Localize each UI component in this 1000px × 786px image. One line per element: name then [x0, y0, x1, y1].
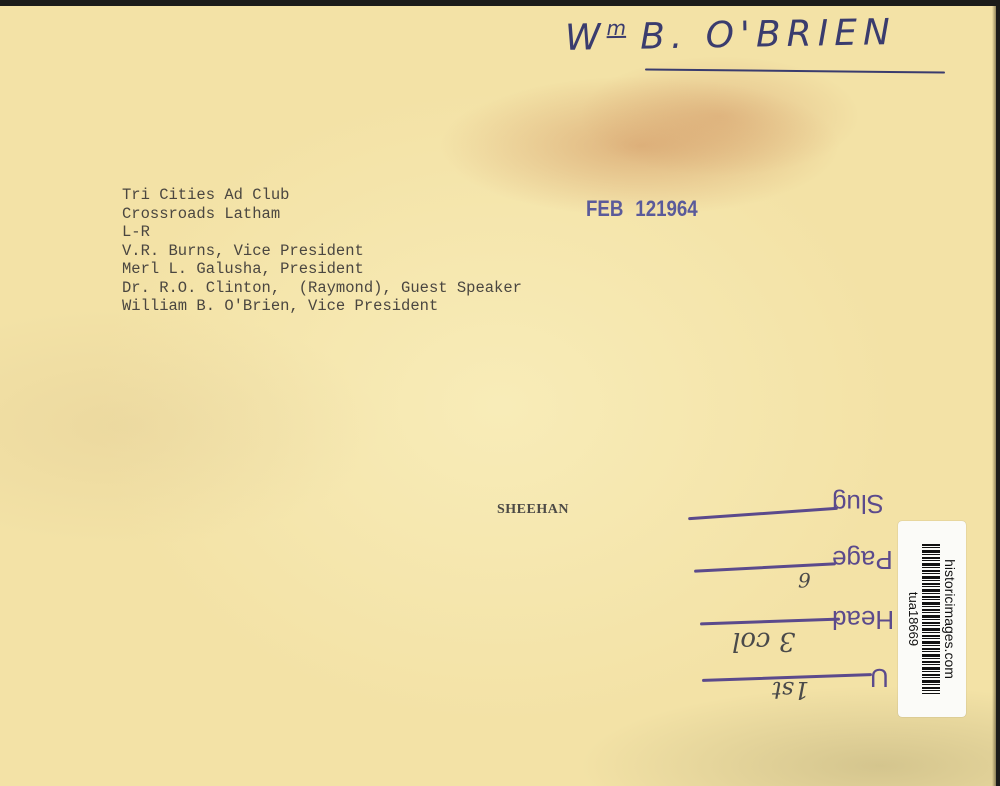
- handwritten-name: WmB. O'BRIEN: [565, 11, 897, 59]
- handwritten-surname: B. O'BRIEN: [640, 12, 897, 57]
- caption-line: Merl L. Galusha, President: [122, 260, 522, 279]
- stamp-line-slug: [688, 507, 838, 520]
- routing-stamp: Slug Page 6 Head 3 col U 1st: [680, 486, 910, 706]
- stamp-line-page: [694, 562, 836, 572]
- date-month: FEB: [586, 196, 623, 221]
- stamp-line-head: [700, 618, 840, 626]
- label-id: tua18669: [906, 592, 920, 646]
- archive-barcode-label: historicimages.com tua18669: [898, 521, 966, 717]
- stamp-label-u: U: [870, 662, 889, 693]
- handwritten-page-value: 6: [798, 568, 811, 592]
- stamp-label-head: Head: [832, 604, 894, 635]
- date-stamp: FEB121964: [586, 196, 698, 222]
- label-site: historicimages.com: [942, 559, 958, 679]
- date-year: 1964: [656, 196, 698, 221]
- handwritten-head-value: 3 col: [732, 626, 795, 656]
- handwritten-u-value: 1st: [772, 676, 809, 704]
- date-day: 12: [635, 196, 656, 221]
- handwritten-superscript: m: [606, 16, 626, 40]
- typed-caption: Tri Cities Ad ClubCrossroads LathamL-RV.…: [122, 186, 522, 316]
- caption-line: V.R. Burns, Vice President: [122, 242, 522, 261]
- caption-line: Crossroads Latham: [122, 205, 522, 224]
- handwritten-prefix: W: [565, 17, 607, 59]
- caption-line: William B. O'Brien, Vice President: [122, 297, 522, 316]
- stamp-label-slug: Slug: [832, 488, 884, 519]
- handwritten-underline: [645, 68, 945, 73]
- photo-back-paper: WmB. O'BRIEN Tri Cities Ad ClubCrossroad…: [0, 6, 996, 786]
- photographer-credit: SHEEHAN: [497, 502, 569, 518]
- barcode-icon: [922, 544, 940, 694]
- caption-line: Tri Cities Ad Club: [122, 186, 522, 205]
- stamp-label-page: Page: [832, 544, 893, 575]
- caption-line: Dr. R.O. Clinton, (Raymond), Guest Speak…: [122, 279, 522, 298]
- caption-line: L-R: [122, 223, 522, 242]
